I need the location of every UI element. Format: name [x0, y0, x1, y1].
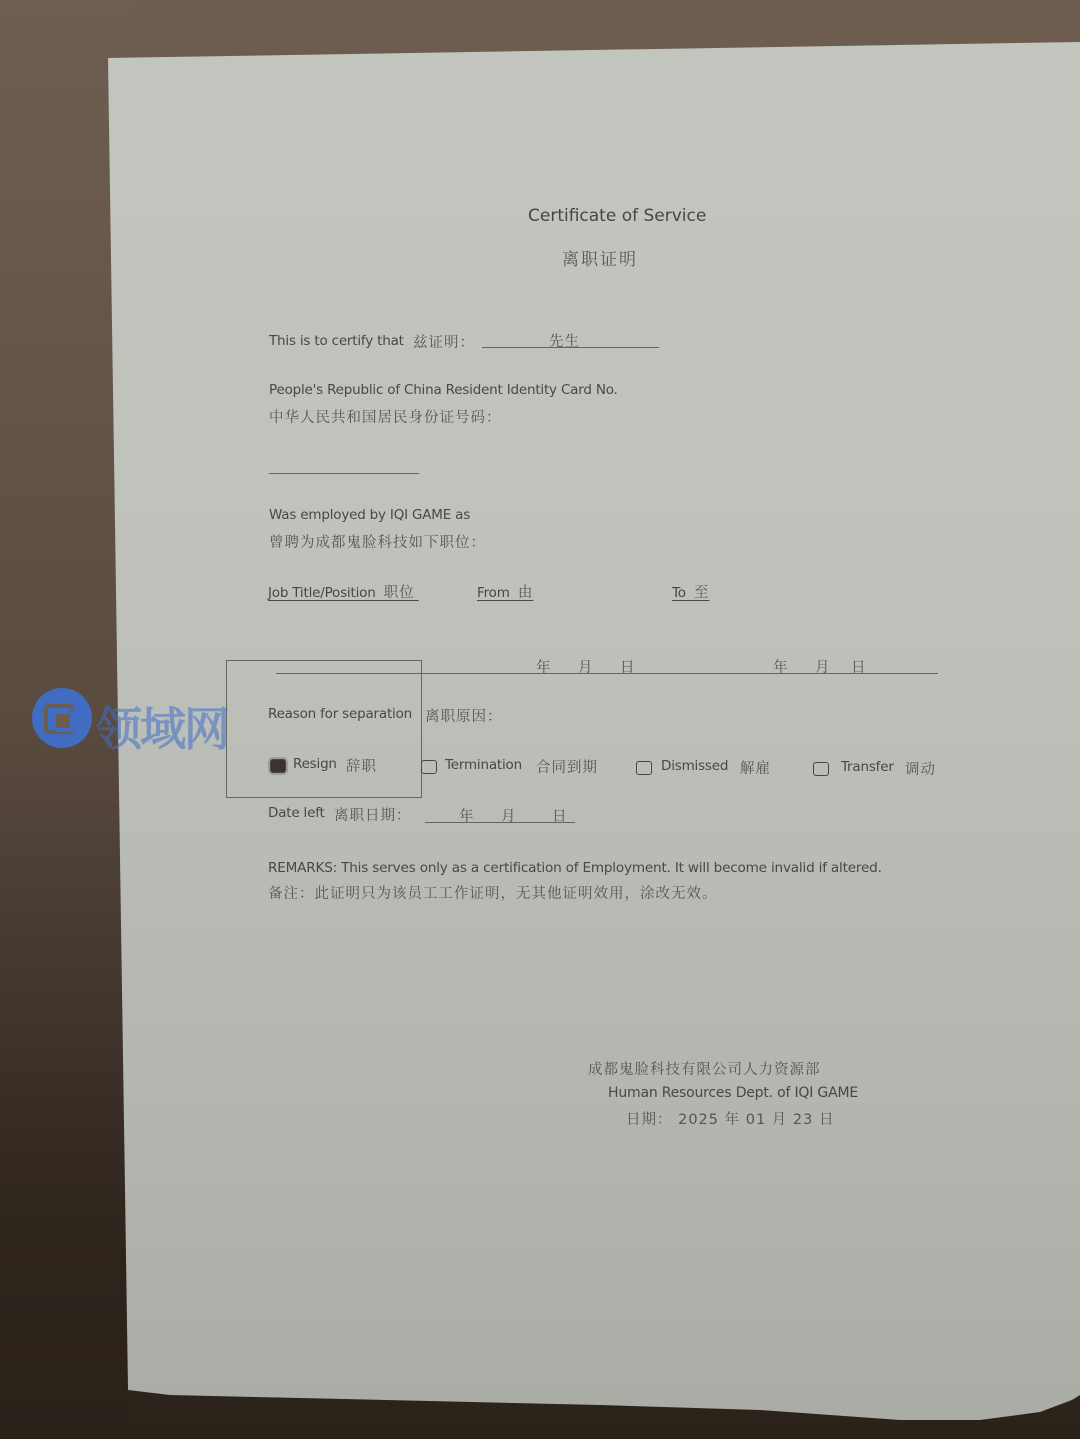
signature-date-label: 日期：	[626, 1112, 673, 1128]
remarks-en: REMARKS: This serves only as a certifica…	[268, 860, 882, 876]
selection-rectangle	[226, 660, 422, 798]
resign-label-zh: 辞职	[346, 755, 377, 776]
signature-date: 日期： 2025 年 01 月 23 日	[626, 1108, 834, 1129]
date-left-label-zh: 离职日期：	[334, 804, 412, 825]
signature-date-day: 23	[793, 1112, 813, 1128]
date-left-year[interactable]: 年	[459, 805, 475, 826]
watermark-text: 领域网	[96, 693, 228, 759]
id-card-number-field[interactable]	[269, 473, 419, 474]
watermark-logo-icon	[32, 688, 92, 748]
transfer-label-zh: 调动	[905, 758, 936, 779]
id-card-label-zh: 中华人民共和国居民身份证号码：	[269, 406, 502, 427]
date-left-month[interactable]: 月	[501, 805, 517, 826]
signature-date-month: 01	[746, 1112, 766, 1128]
to-header-zh: 至	[694, 585, 710, 601]
signature-month-char: 月	[772, 1112, 788, 1128]
termination-label-en: Termination	[445, 757, 522, 773]
date-left-label-en: Date left	[268, 805, 325, 821]
from-header-zh: 由	[518, 585, 534, 601]
job-title-header-zh: 职位	[384, 585, 415, 601]
from-day[interactable]: 日	[620, 656, 636, 677]
job-title-header-en: Job Title/Position	[268, 585, 376, 601]
certify-label-en: This is to certify that	[269, 333, 404, 349]
date-left-day[interactable]: 日	[552, 805, 568, 826]
employment-label-en: Was employed by IQI GAME as	[269, 507, 470, 523]
resign-label-en: Resign	[293, 756, 337, 772]
signature-day-char: 日	[819, 1112, 835, 1128]
dismissed-label-en: Dismissed	[661, 758, 728, 774]
termination-checkbox[interactable]	[421, 760, 437, 774]
signature-year-char: 年	[725, 1112, 741, 1128]
separation-label-zh: 离职原因：	[425, 705, 503, 726]
job-title-column-header: Job Title/Position 职位	[268, 581, 419, 602]
document-title-zh: 离职证明	[562, 245, 638, 270]
transfer-checkbox[interactable]	[813, 762, 829, 776]
to-year[interactable]: 年	[773, 656, 789, 677]
dismissed-label-zh: 解雇	[740, 757, 771, 778]
transfer-label-en: Transfer	[841, 759, 894, 775]
employment-label-zh: 曾聘为成都鬼脸科技如下职位：	[269, 531, 486, 552]
signature-date-year: 2025	[678, 1112, 719, 1128]
signature-company-en: Human Resources Dept. of IQI GAME	[608, 1085, 858, 1101]
separation-label-en: Reason for separation	[268, 706, 412, 722]
from-header-en: From	[477, 585, 510, 601]
from-month[interactable]: 月	[578, 656, 594, 677]
id-card-label-en: People's Republic of China Resident Iden…	[269, 382, 618, 398]
document-title-en: Certificate of Service	[528, 206, 706, 226]
remarks-zh: 备注：此证明只为该员工工作证明，无其他证明效用，涂改无效。	[268, 882, 718, 903]
dismissed-checkbox[interactable]	[636, 761, 652, 775]
to-day[interactable]: 日	[851, 656, 867, 677]
to-month[interactable]: 月	[815, 656, 831, 677]
certify-label-zh: 兹证明：	[413, 331, 475, 352]
signature-company-zh: 成都鬼脸科技有限公司人力资源部	[588, 1058, 821, 1079]
termination-label-zh: 合同到期	[536, 756, 598, 777]
to-column-header: To 至	[672, 581, 710, 602]
to-header-en: To	[672, 585, 686, 601]
certify-name-underline	[482, 347, 659, 348]
from-year[interactable]: 年	[536, 656, 552, 677]
from-column-header: From 由	[477, 581, 533, 602]
resign-checkbox[interactable]	[270, 759, 286, 773]
